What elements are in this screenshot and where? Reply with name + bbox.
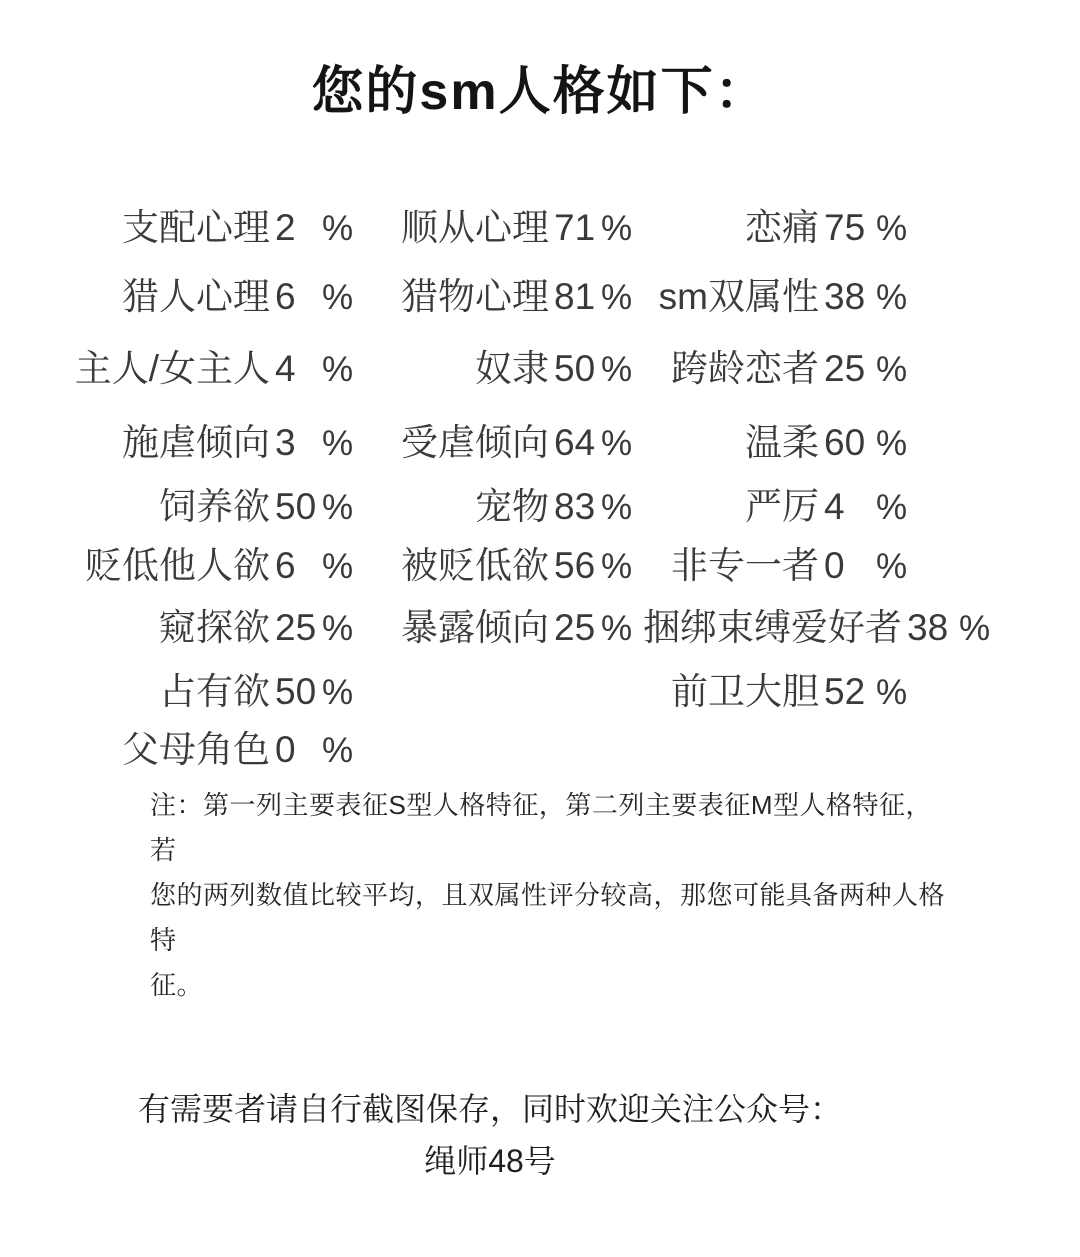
footer-account-name: 绳师48号 [0,1139,980,1183]
trait-label: 受虐倾向 [364,421,549,465]
percent-sign: % [601,486,643,530]
percent-sign: % [876,207,918,251]
trait-label: 温柔 [643,421,819,465]
trait-cell: 奴隶50% [364,347,643,392]
trait-label: 占有欲 [0,670,270,714]
table-row: 饲养欲50% 宠物83% 严厉4% [0,485,1080,530]
trait-value: 2 [270,206,322,250]
percent-sign: % [876,545,918,589]
trait-label: 跨龄恋者 [643,347,819,391]
trait-value: 4 [270,347,322,391]
trait-label: 饲养欲 [0,485,270,529]
note-line: 注：第一列主要表征S型人格特征，第二列主要表征M型人格特征，若 [150,783,950,873]
trait-label: 奴隶 [364,347,549,391]
trait-value: 38 [902,606,959,650]
trait-cell: 父母角色0% [0,728,364,773]
trait-label: 贬低他人欲 [0,544,270,588]
trait-value: 0 [819,544,876,588]
trait-value: 38 [819,275,876,319]
trait-value: 50 [549,347,601,391]
trait-value: 83 [549,485,601,529]
table-row: 支配心理2% 顺从心理71% 恋痛75% [0,206,1080,251]
percent-sign: % [322,422,364,466]
trait-label: 暴露倾向 [364,606,549,650]
percent-sign: % [876,671,918,715]
trait-cell: 窥探欲25% [0,606,364,651]
trait-value: 64 [549,421,601,465]
trait-cell: 宠物83% [364,485,643,530]
trait-value: 6 [270,544,322,588]
trait-cell: 前卫大胆52% [643,670,918,715]
note-line: 您的两列数值比较平均，且双属性评分较高，那您可能具备两种人格特 [150,873,950,963]
trait-label: 严厉 [643,485,819,529]
results-table: 支配心理2% 顺从心理71% 恋痛75% 猎人心理6% 猎物心理81% sm双属… [0,206,1080,773]
trait-value: 50 [270,485,322,529]
trait-value: 3 [270,421,322,465]
footer-save-hint: 有需要者请自行截图保存，同时欢迎关注公众号： [0,1087,980,1131]
trait-label: 施虐倾向 [0,421,270,465]
table-row: 贬低他人欲6% 被贬低欲56% 非专一者0% [0,544,1080,589]
table-row: 猎人心理6% 猎物心理81% sm双属性38% [0,275,1080,320]
percent-sign: % [601,348,643,392]
trait-value: 4 [819,485,876,529]
table-row: 窥探欲25% 暴露倾向25% 捆绑束缚爱好者38% [0,606,1080,651]
trait-cell: 主人/女主人4% [0,347,364,392]
trait-value: 56 [549,544,601,588]
trait-value: 52 [819,670,876,714]
trait-label: 猎物心理 [364,275,549,319]
trait-cell: 施虐倾向3% [0,421,364,466]
percent-sign: % [959,607,1001,651]
table-row: 施虐倾向3% 受虐倾向64% 温柔60% [0,421,1080,466]
trait-cell: 饲养欲50% [0,485,364,530]
percent-sign: % [876,348,918,392]
trait-label: 宠物 [364,485,549,529]
percent-sign: % [322,276,364,320]
trait-cell: sm双属性38% [643,275,918,320]
trait-cell: 占有欲50% [0,670,364,715]
table-row: 主人/女主人4% 奴隶50% 跨龄恋者25% [0,347,1080,392]
percent-sign: % [322,486,364,530]
trait-value: 50 [270,670,322,714]
trait-cell: 支配心理2% [0,206,364,251]
percent-sign: % [322,671,364,715]
trait-label: 非专一者 [643,544,819,588]
percent-sign: % [876,422,918,466]
trait-label: 顺从心理 [364,206,549,250]
trait-label: 支配心理 [0,206,270,250]
note-line: 征。 [150,963,950,1008]
trait-value: 71 [549,206,601,250]
percent-sign: % [601,545,643,589]
footer-block: 有需要者请自行截图保存，同时欢迎关注公众号： 绳师48号 [0,1087,980,1183]
trait-label: 前卫大胆 [643,670,819,714]
trait-value: 25 [270,606,322,650]
trait-cell: 顺从心理71% [364,206,643,251]
percent-sign: % [876,486,918,530]
trait-value: 81 [549,275,601,319]
trait-cell: 猎人心理6% [0,275,364,320]
trait-cell: 非专一者0% [643,544,918,589]
percent-sign: % [601,607,643,651]
trait-value: 25 [549,606,601,650]
trait-label: sm双属性 [643,275,819,319]
percent-sign: % [601,276,643,320]
trait-value: 60 [819,421,876,465]
table-row: 占有欲50% 前卫大胆52% [0,670,1080,715]
trait-label: 父母角色 [0,728,270,772]
trait-cell: 跨龄恋者25% [643,347,918,392]
percent-sign: % [322,348,364,392]
percent-sign: % [322,607,364,651]
trait-label: 捆绑束缚爱好者 [643,606,902,650]
percent-sign: % [322,729,364,773]
trait-cell: 贬低他人欲6% [0,544,364,589]
trait-value: 6 [270,275,322,319]
note-block: 注：第一列主要表征S型人格特征，第二列主要表征M型人格特征，若 您的两列数值比较… [150,783,950,1008]
trait-label: 猎人心理 [0,275,270,319]
percent-sign: % [601,422,643,466]
trait-cell: 严厉4% [643,485,918,530]
page-title: 您的sm人格如下： [0,60,1080,124]
trait-cell: 恋痛75% [643,206,918,251]
trait-cell: 暴露倾向25% [364,606,643,651]
trait-label: 被贬低欲 [364,544,549,588]
trait-value: 75 [819,206,876,250]
percent-sign: % [601,207,643,251]
trait-cell: 猎物心理81% [364,275,643,320]
percent-sign: % [876,276,918,320]
trait-cell: 被贬低欲56% [364,544,643,589]
trait-label: 恋痛 [643,206,819,250]
trait-label: 主人/女主人 [0,347,270,391]
table-row: 父母角色0% [0,728,1080,773]
trait-cell: 捆绑束缚爱好者38% [643,606,1001,651]
percent-sign: % [322,207,364,251]
percent-sign: % [322,545,364,589]
trait-cell: 受虐倾向64% [364,421,643,466]
trait-cell: 温柔60% [643,421,918,466]
trait-value: 25 [819,347,876,391]
trait-label: 窥探欲 [0,606,270,650]
trait-value: 0 [270,728,322,772]
